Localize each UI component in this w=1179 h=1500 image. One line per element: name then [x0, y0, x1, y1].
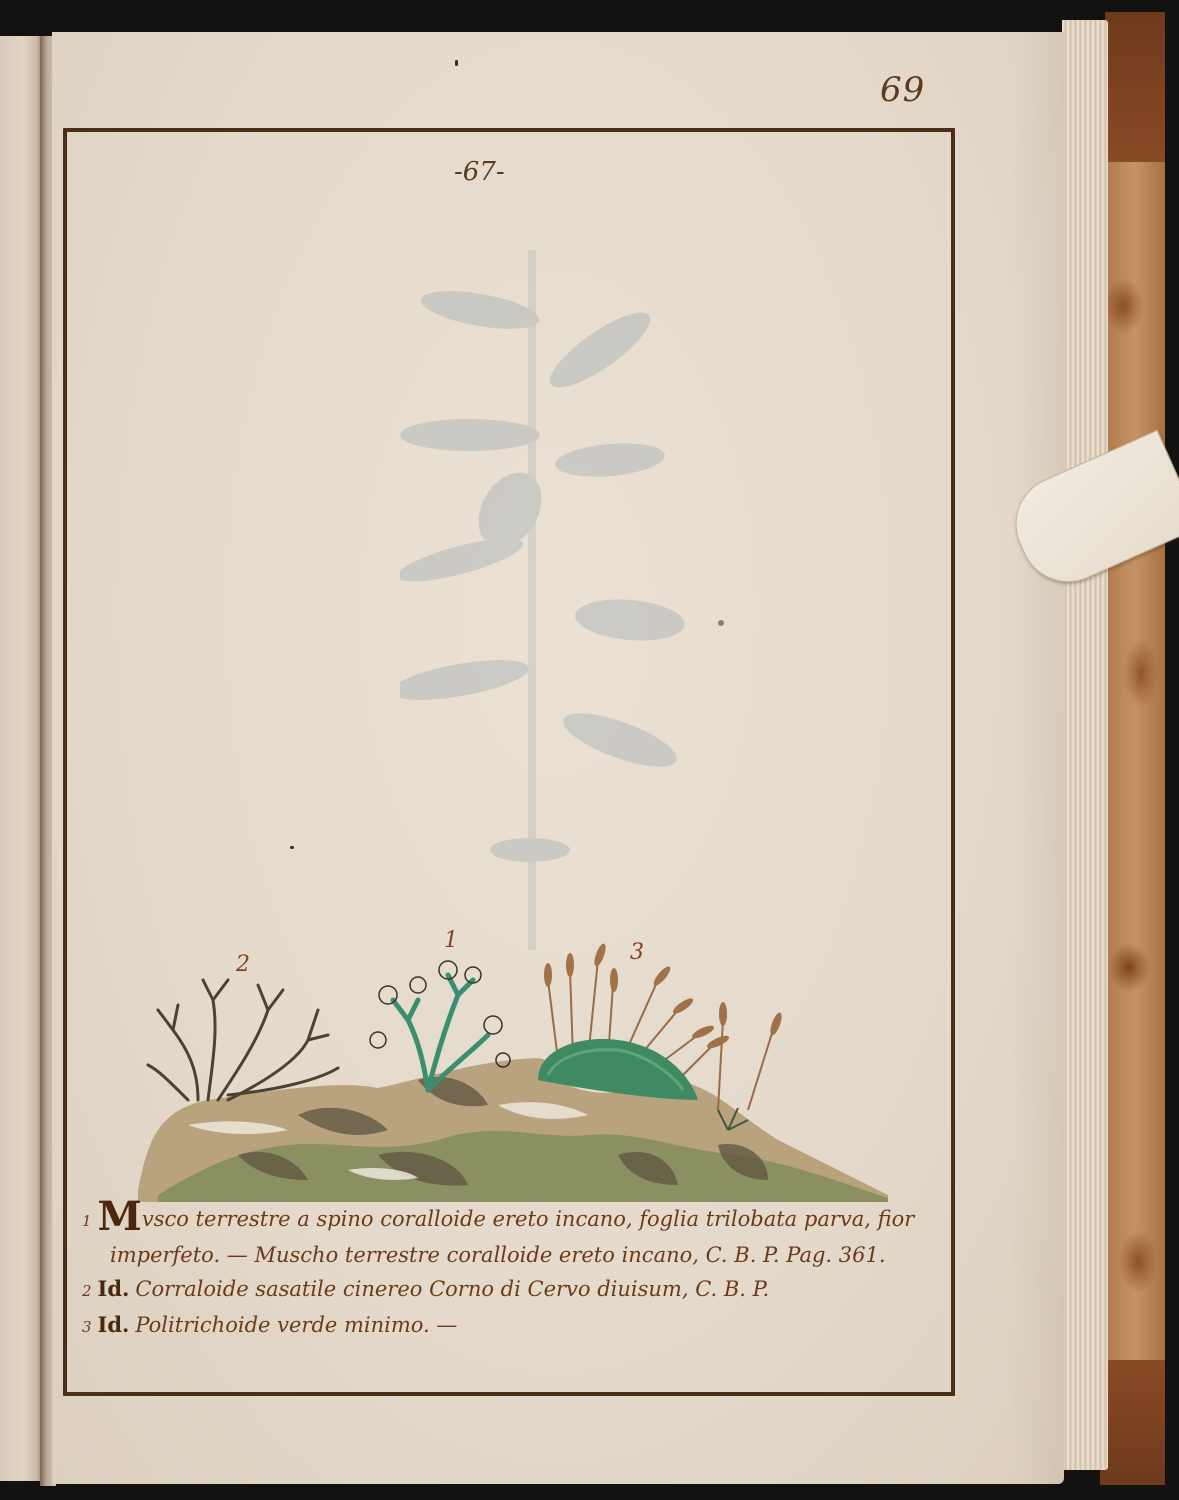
- marbled-back-cover: [1105, 12, 1165, 1482]
- figure-label-1: 1: [444, 928, 458, 953]
- item-marker-1: 1: [82, 1212, 92, 1230]
- caption-block: 1Mvsco terrestre a spino coralloide eret…: [82, 1200, 952, 1344]
- idem-abbrev: Id.: [98, 1312, 130, 1337]
- idem-abbrev: Id.: [98, 1276, 130, 1301]
- page-shadow: [1010, 32, 1064, 1484]
- caption-text-3: Corraloide sasatile cinereo Corno di Cer…: [135, 1277, 769, 1301]
- caption-line-1: 1Mvsco terrestre a spino coralloide eret…: [82, 1200, 952, 1238]
- leather-corner-top: [1105, 12, 1165, 162]
- leather-corner-bottom: [1100, 1360, 1165, 1485]
- decorated-initial: M: [98, 1193, 142, 1240]
- showthrough-plant-icon: [400, 250, 700, 950]
- item-marker-3: 3: [82, 1318, 92, 1336]
- item-marker-2: 2: [82, 1282, 92, 1300]
- caption-line-2: imperfeto. — Muscho terrestre coralloide…: [82, 1238, 952, 1272]
- paper-speck: [290, 846, 294, 849]
- caption-text-2: imperfeto. — Muscho terrestre coralloide…: [110, 1243, 886, 1267]
- plate-number: -67-: [454, 157, 505, 187]
- paper-speck: [718, 620, 724, 626]
- figure-label-3: 3: [630, 940, 644, 965]
- figure-label-2: 2: [236, 952, 250, 977]
- caption-line-4: 3Id.Politrichoide verde minimo. —: [82, 1308, 952, 1344]
- paper-speck: [455, 60, 458, 66]
- folio-number: 69: [880, 70, 925, 110]
- moss-illustration: [118, 940, 888, 1210]
- caption-text-4: Politrichoide verde minimo. —: [135, 1313, 457, 1337]
- page-block-edges: [1062, 20, 1108, 1470]
- caption-line-3: 2Id.Corraloide sasatile cinereo Corno di…: [82, 1272, 952, 1308]
- caption-text-1: vsco terrestre a spino coralloide ereto …: [142, 1207, 914, 1231]
